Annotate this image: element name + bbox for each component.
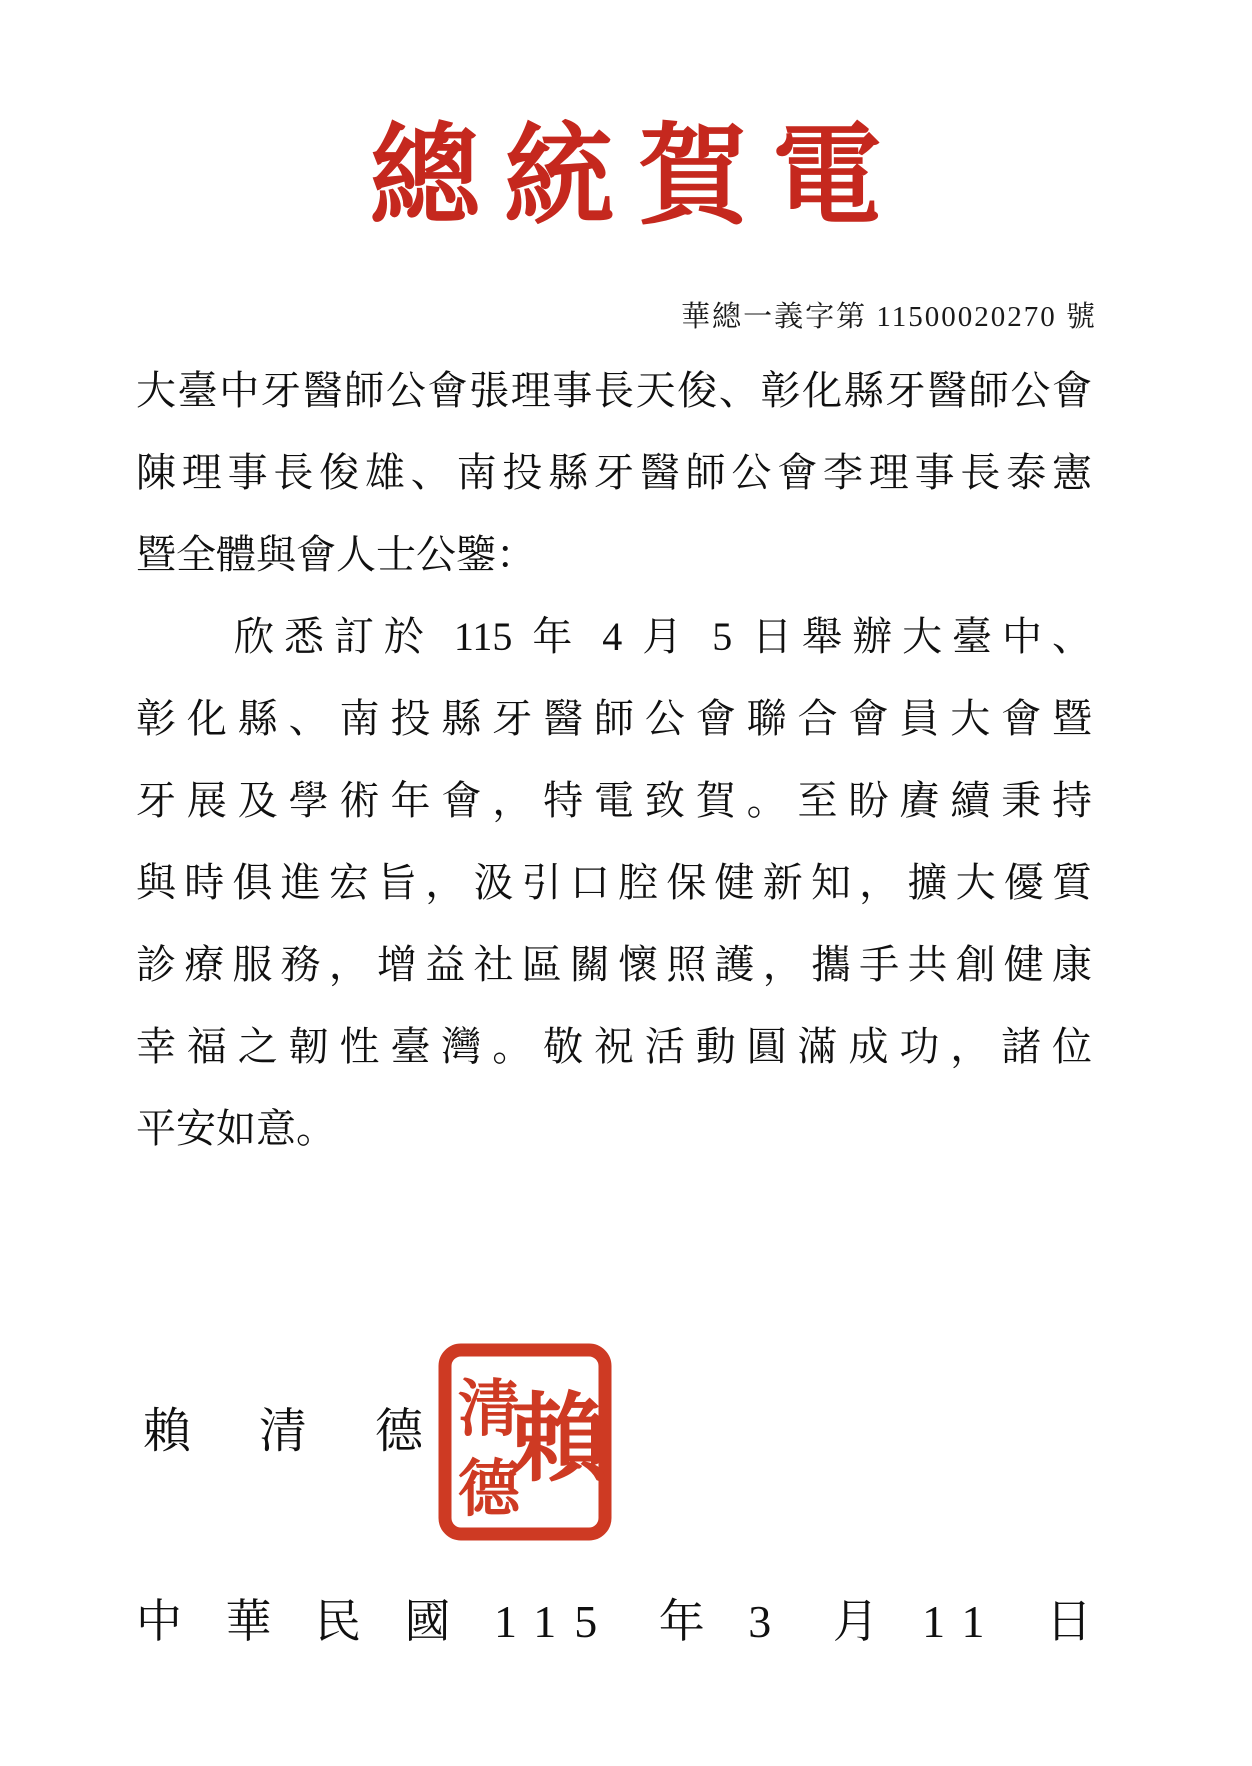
date-token: 日 [1046, 1592, 1092, 1652]
seal-graphic: 賴 清 德 [437, 1342, 613, 1542]
date-token: 華 [225, 1592, 271, 1652]
date-token-day: 11 [922, 1592, 1002, 1652]
body-line: 診療服務，增益社區關懷照護，攜手共創健康 [136, 924, 1092, 1006]
letter-body: 大臺中牙醫師公會張理事長天俊、彰化縣牙醫師公會 陳理事長俊雄、南投縣牙醫師公會李… [136, 350, 1092, 1170]
date-token: 年 [659, 1592, 705, 1652]
date-token: 月 [833, 1592, 879, 1652]
reference-number: 華總一義字第 11500020270 號 [681, 294, 1097, 335]
document-title: 總統賀電 [0, 116, 1252, 239]
body-line: 欣悉訂於 115 年 4 月 5 日舉辦大臺中、 [136, 596, 1092, 678]
signature-name: 賴 清 德 [143, 1404, 423, 1460]
body-line: 平安如意。 [136, 1088, 1092, 1170]
date-line: 中 華 民 國 115 年 3 月 11 日 [136, 1592, 1092, 1652]
seal-char-bottom-left: 德 [458, 1455, 522, 1524]
seal-char-top-left: 清 [458, 1376, 520, 1444]
date-token: 中 [136, 1592, 182, 1652]
body-line: 陳理事長俊雄、南投縣牙醫師公會李理事長泰憲 [136, 432, 1092, 514]
body-line: 大臺中牙醫師公會張理事長天俊、彰化縣牙醫師公會 [136, 350, 1092, 432]
body-line: 牙展及學術年會，特電致賀。至盼賡續秉持 [136, 760, 1092, 842]
date-token-month: 3 [748, 1592, 789, 1652]
body-line: 彰化縣、南投縣牙醫師公會聯合會員大會暨 [136, 678, 1092, 760]
body-line: 暨全體與會人士公鑒： [136, 514, 1092, 596]
date-token: 國 [404, 1592, 450, 1652]
date-token: 民 [315, 1592, 361, 1652]
presidential-name-seal: 賴 清 德 [437, 1342, 613, 1542]
telegram-document-page: 總統賀電 華總一義字第 11500020270 號 大臺中牙醫師公會張理事長天俊… [0, 0, 1252, 1766]
body-line: 與時俱進宏旨，汲引口腔保健新知，擴大優質 [136, 842, 1092, 924]
signature-char: 清 [259, 1404, 307, 1460]
signature-char: 賴 [143, 1404, 191, 1460]
date-token-year: 115 [494, 1592, 615, 1652]
body-line: 幸福之韌性臺灣。敬祝活動圓滿成功，諸位 [136, 1006, 1092, 1088]
signature-char: 德 [375, 1404, 423, 1460]
seal-char-right: 賴 [511, 1386, 608, 1493]
